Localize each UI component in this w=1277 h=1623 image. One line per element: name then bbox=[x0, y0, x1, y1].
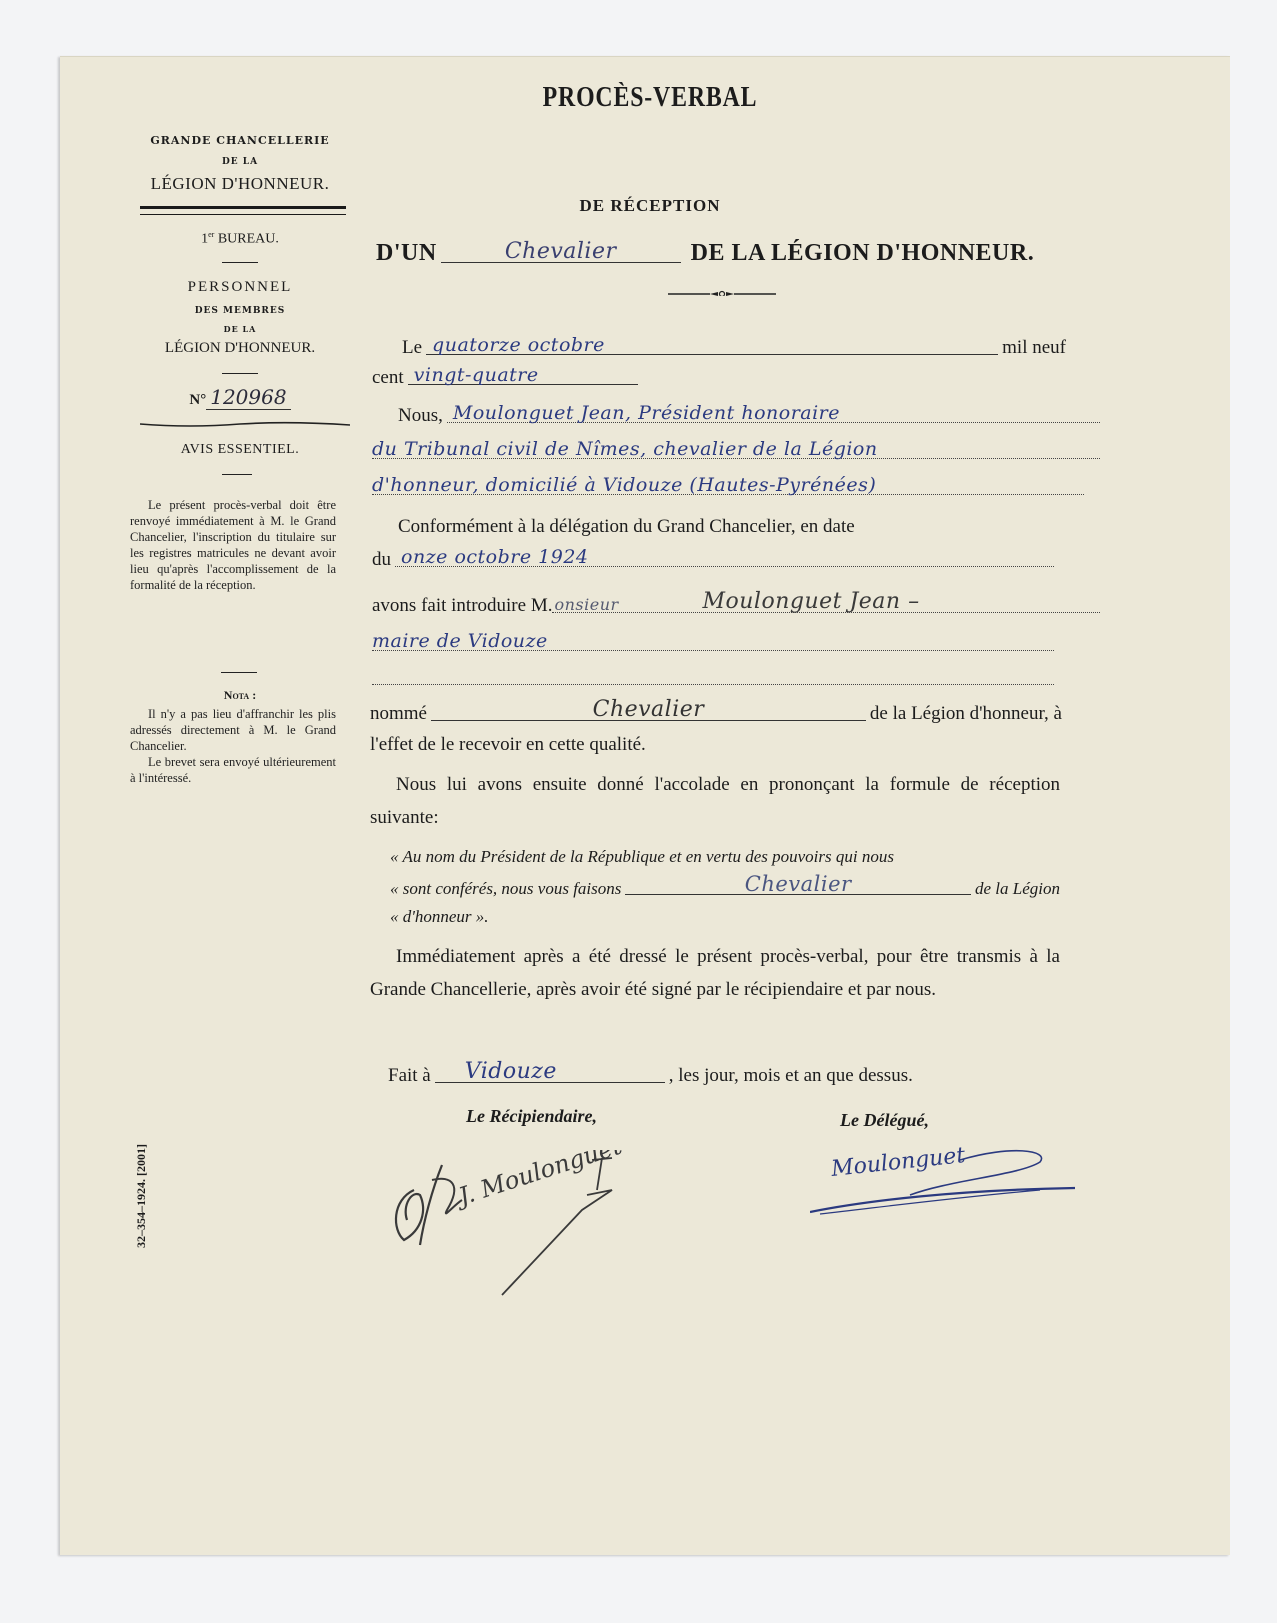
effet-text: l'effet de le recevoir en cette qualité. bbox=[370, 730, 1062, 760]
introduire-handwritten-a: onsieur bbox=[554, 595, 618, 614]
grade-handwritten: Chevalier bbox=[441, 239, 681, 264]
svg-text:Moulonguet: Moulonguet bbox=[829, 1143, 967, 1182]
de-la-label: DE LA bbox=[120, 324, 360, 334]
nous-field-1[interactable]: Moulonguet Jean, Président honoraire bbox=[447, 400, 1100, 423]
document-title: PROCÈS-VERBAL bbox=[336, 82, 965, 114]
org-line-2: DE LA bbox=[120, 157, 360, 167]
grade-suffix: DE LA LÉGION D'HONNEUR. bbox=[691, 240, 1035, 267]
nota-title: Nota : bbox=[120, 688, 360, 703]
introduire-handwritten-b: Moulonguet Jean – bbox=[702, 589, 919, 614]
blank-field[interactable] bbox=[372, 662, 1054, 685]
fait-handwritten: Vidouze bbox=[465, 1059, 557, 1084]
delegation-date-line: du onze octobre 1924 bbox=[372, 544, 1058, 571]
date-suffix: mil neuf bbox=[1002, 337, 1066, 359]
date-line: Le quatorze octobre mil neuf bbox=[402, 332, 1066, 359]
bureau-sup: er bbox=[208, 230, 214, 239]
divider bbox=[222, 373, 258, 374]
ornament-divider bbox=[668, 290, 778, 296]
bureau-text: BUREAU. bbox=[218, 232, 279, 247]
introduire-line-2: maire de Vidouze bbox=[372, 628, 1058, 655]
formula-suffix: de la Légion bbox=[975, 879, 1060, 899]
nous-handwritten-2: du Tribunal civil de Nîmes, chevalier de… bbox=[372, 438, 878, 460]
date-label: Le bbox=[402, 337, 422, 359]
formula-grade-field[interactable]: Chevalier bbox=[625, 872, 971, 895]
year-label: cent bbox=[372, 367, 404, 389]
fait-suffix: , les jour, mois et an que dessus. bbox=[669, 1065, 913, 1087]
divider bbox=[222, 262, 258, 263]
divider bbox=[221, 672, 257, 673]
org-line-3: LÉGION D'HONNEUR. bbox=[120, 174, 360, 194]
nota-text-1: Il n'y a pas lieu d'affranchir les plis … bbox=[130, 706, 336, 754]
nota-text-2: Le brevet sera envoyé ultérieurement à l… bbox=[130, 754, 336, 786]
delegation-date-handwritten: onze octobre 1924 bbox=[401, 546, 589, 568]
nous-label: Nous, bbox=[398, 405, 443, 427]
nous-field-2[interactable]: du Tribunal civil de Nîmes, chevalier de… bbox=[372, 436, 1100, 459]
avis-text: Le présent procès-verbal doit être renvo… bbox=[130, 497, 336, 593]
formula-grade-handwritten: Chevalier bbox=[625, 872, 971, 896]
nomme-field[interactable]: Chevalier bbox=[431, 698, 866, 721]
closing-text: Immédiatement après a été dressé le prés… bbox=[370, 940, 1060, 1006]
nous-line-2: du Tribunal civil de Nîmes, chevalier de… bbox=[372, 436, 1104, 463]
nomme-handwritten: Chevalier bbox=[431, 697, 866, 722]
nous-line-3: d'honneur, domicilié à Vidouze (Hautes-P… bbox=[372, 472, 1088, 499]
nous-handwritten-3: d'honneur, domicilié à Vidouze (Hautes-P… bbox=[372, 474, 876, 496]
year-handwritten: vingt-quatre bbox=[414, 364, 539, 386]
personnel-label: PERSONNEL bbox=[120, 279, 360, 296]
blank-line bbox=[372, 662, 1058, 689]
delegation-text: Conformément à la délégation du Grand Ch… bbox=[372, 512, 1058, 542]
dossier-number: N°120968 bbox=[120, 385, 360, 409]
nous-field-3[interactable]: d'honneur, domicilié à Vidouze (Hautes-P… bbox=[372, 472, 1084, 495]
legion-label: LÉGION D'HONNEUR. bbox=[120, 340, 360, 357]
fait-line: Fait à Vidouze , les jour, mois et an qu… bbox=[388, 1060, 998, 1087]
grade-line: D'UN Chevalier DE LA LÉGION D'HONNEUR. bbox=[376, 238, 1076, 267]
date-handwritten: quatorze octobre bbox=[432, 334, 605, 356]
number-value: 120968 bbox=[206, 385, 290, 410]
recipient-signature: J. Moulonguet bbox=[392, 1150, 632, 1304]
formula-line-3: « d'honneur ». bbox=[390, 902, 1060, 932]
accolade-text: Nous lui avons ensuite donné l'accolade … bbox=[370, 768, 1060, 834]
grade-field[interactable]: Chevalier bbox=[441, 238, 681, 263]
delegate-signature-icon: Moulonguet bbox=[810, 1140, 1080, 1230]
delegation-date-field[interactable]: onze octobre 1924 bbox=[395, 544, 1054, 567]
bureau-label: 1er BUREAU. bbox=[120, 230, 360, 248]
introduire-label: avons fait introduire M. bbox=[372, 595, 552, 617]
nomme-label: nommé bbox=[370, 703, 427, 725]
divider bbox=[222, 474, 252, 475]
avis-title: AVIS ESSENTIEL. bbox=[120, 442, 360, 458]
introduire-field[interactable]: onsieur Moulonguet Jean – bbox=[552, 590, 1100, 613]
formula-line-2: « sont conférés, nous vous faisons Cheva… bbox=[390, 872, 1060, 899]
nous-line-1: Nous, Moulonguet Jean, Président honorai… bbox=[398, 400, 1104, 427]
introduire-line: avons fait introduire M. onsieur Moulong… bbox=[372, 590, 1104, 617]
nomme-line: nommé Chevalier de la Légion d'honneur, … bbox=[370, 698, 1062, 725]
delegation-prefix: du bbox=[372, 549, 391, 571]
recipient-label: Le Récipiendaire, bbox=[466, 1106, 597, 1127]
wavy-rule bbox=[140, 420, 350, 428]
formula-line-1: « Au nom du Président de la République e… bbox=[390, 842, 1060, 872]
number-prefix: N° bbox=[189, 392, 206, 408]
date-field[interactable]: quatorze octobre bbox=[426, 332, 998, 355]
nous-handwritten-1: Moulonguet Jean, Président honoraire bbox=[453, 402, 840, 424]
introduire-field-2[interactable]: maire de Vidouze bbox=[372, 628, 1054, 651]
formula-prefix: « sont conférés, nous vous faisons bbox=[390, 879, 621, 899]
year-line: cent vingt-quatre bbox=[372, 362, 642, 389]
des-membres-label: DES MEMBRES bbox=[120, 306, 360, 316]
delegate-label: Le Délégué, bbox=[840, 1110, 929, 1131]
grade-prefix: D'UN bbox=[376, 240, 437, 267]
recipient-signature-icon: J. Moulonguet bbox=[392, 1150, 632, 1300]
nomme-suffix: de la Légion d'honneur, à bbox=[870, 703, 1062, 725]
org-line-1: GRANDE CHANCELLERIE bbox=[120, 134, 360, 147]
fait-label: Fait à bbox=[388, 1065, 431, 1087]
document-subtitle: DE RÉCEPTION bbox=[280, 196, 1020, 216]
fait-field[interactable]: Vidouze bbox=[435, 1060, 665, 1083]
print-reference: 32–354–1924. [2001] bbox=[134, 1144, 149, 1248]
year-field[interactable]: vingt-quatre bbox=[408, 362, 638, 385]
introduire-handwritten-2: maire de Vidouze bbox=[372, 630, 548, 652]
delegate-signature: Moulonguet bbox=[810, 1140, 1080, 1234]
